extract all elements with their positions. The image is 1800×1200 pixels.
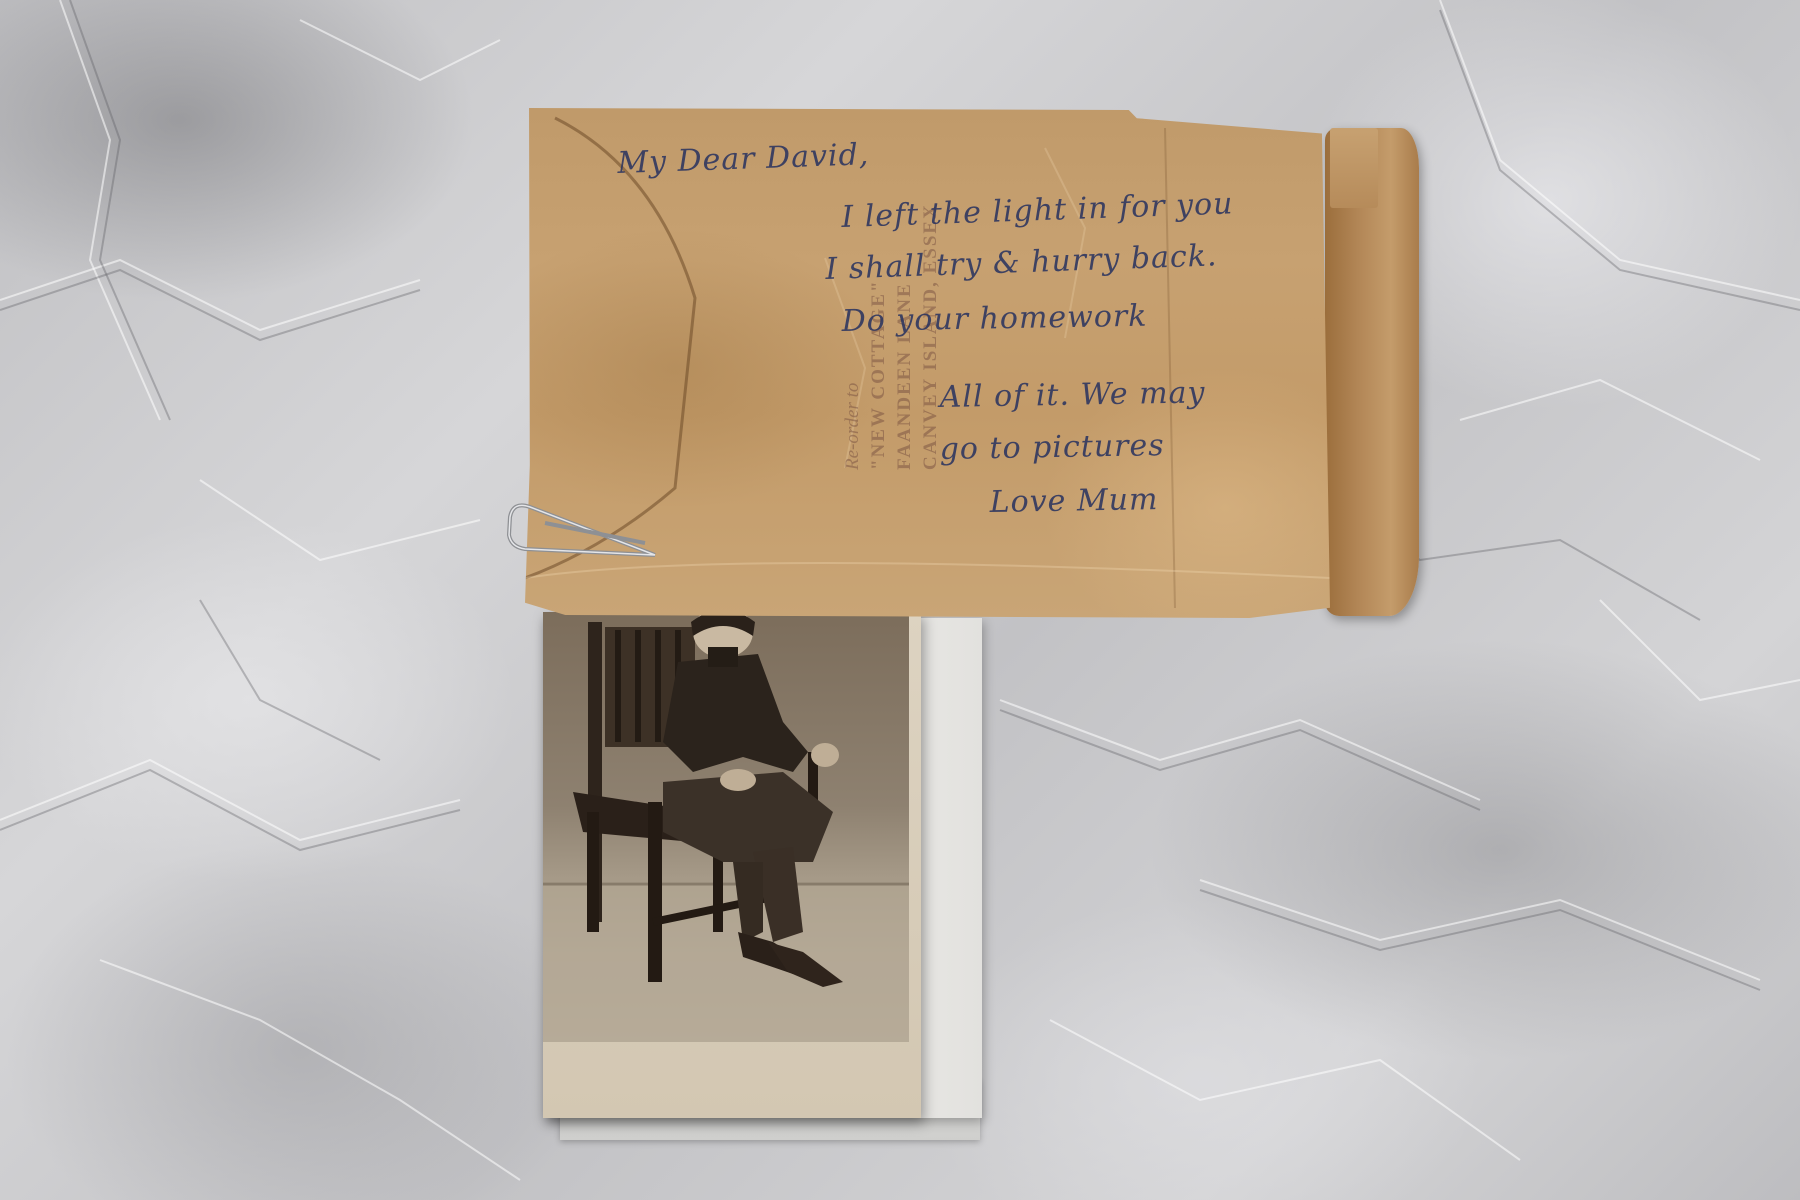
photo-portrait — [543, 612, 909, 1042]
paperclip-icon — [505, 495, 665, 565]
note-signature: Love Mum — [989, 482, 1158, 520]
sepia-photograph — [543, 612, 921, 1118]
note-line-3: Do your homework — [841, 299, 1147, 339]
note-line-4: All of it. We may — [939, 375, 1205, 415]
envelope-flap-tab — [1330, 128, 1378, 208]
note-line-5: go to pictures — [939, 428, 1165, 467]
